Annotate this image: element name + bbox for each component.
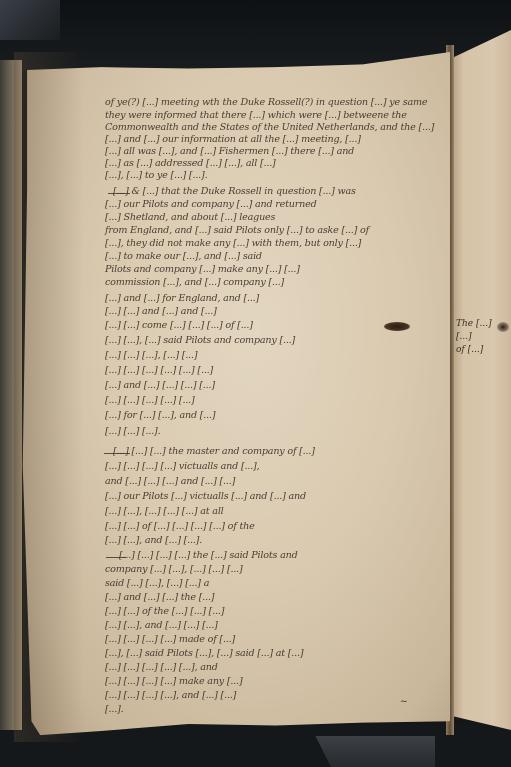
text-line: [...] [...], [...] said Pilots and compa… bbox=[105, 335, 295, 346]
text-line: from England, and [...] said Pilots only… bbox=[105, 225, 369, 236]
ink-blot bbox=[384, 322, 410, 331]
text-line: of ye(?) [...] meeting wth the Duke Ross… bbox=[105, 97, 427, 108]
text-line: [...] [...] [...]. bbox=[105, 426, 160, 437]
margin-note-line: [...] bbox=[456, 331, 492, 344]
text-line: [...], they did not make any [...] with … bbox=[105, 238, 361, 249]
text-line: commission [...], and [...] company [...… bbox=[105, 277, 284, 288]
text-line: [...], [...] to ye [...] [...]. bbox=[105, 170, 207, 181]
text-line: [...] [...] [...] [...] the [...] said P… bbox=[119, 550, 298, 561]
text-line: [...] [...] [...] the master and company… bbox=[113, 446, 315, 457]
margin-note-line: The [...] bbox=[456, 318, 492, 331]
page-mark: ~ bbox=[400, 697, 408, 707]
text-line: [...], [...] said Pilots [...], [...] sa… bbox=[105, 648, 303, 659]
text-line: [...] [...] and [...] and [...] bbox=[105, 306, 217, 317]
margin-note-line: of [...] bbox=[456, 344, 492, 357]
paragraph-flourish bbox=[104, 453, 130, 454]
text-line: Pilots and company [...] make any [...] … bbox=[105, 264, 300, 275]
text-line: Commonwealth and the States of the Unite… bbox=[105, 122, 434, 133]
text-line: [...] [...] [...] [...] made of [...] bbox=[105, 634, 235, 645]
text-line: said [...] [...], [...] [...] a bbox=[105, 578, 209, 589]
text-line: [...] [...], [...] [...] [...] at all bbox=[105, 506, 224, 517]
text-line: [...] our Pilots [...] victualls [...] a… bbox=[105, 491, 306, 502]
page-shadow bbox=[14, 52, 84, 742]
text-line: [...] [...] [...] [...] [...] [...] bbox=[105, 365, 213, 376]
text-line: [...] as [...] addressed [...] [...], al… bbox=[105, 158, 276, 169]
text-line: [...] Shetland, and about [...] leagues bbox=[105, 212, 275, 223]
text-line: [...] and [...] [...] [...] [...] bbox=[105, 380, 215, 391]
text-line: [...] and [...] our information at all t… bbox=[105, 134, 361, 145]
margin-note: The [...] [...] of [...] bbox=[456, 318, 492, 357]
text-line: [...] [...] [...] [...] victualls and [.… bbox=[105, 461, 259, 472]
paragraph-flourish bbox=[108, 193, 130, 194]
text-line: [...] [...] [...] [...] [...] bbox=[105, 395, 195, 406]
manuscript-text: of ye(?) [...] meeting wth the Duke Ross… bbox=[105, 0, 445, 767]
text-line: [...] [...], and [...] [...] [...] bbox=[105, 620, 218, 631]
text-line: [...] [...] [...], [...] [...] bbox=[105, 350, 197, 361]
text-line: [...] and [...] [...] the [...] bbox=[105, 592, 214, 603]
text-line: [...] all was [...], and [...] Fishermen… bbox=[105, 146, 354, 157]
text-line: and [...] [...] [...] and [...] [...] bbox=[105, 476, 235, 487]
text-line: [...] [...], and [...] [...]. bbox=[105, 535, 202, 546]
ink-blot bbox=[497, 322, 509, 332]
text-line: [...] our Pilots and company [...] and r… bbox=[105, 199, 317, 210]
text-line: they were informed that there [...] whic… bbox=[105, 110, 407, 121]
text-line: company [...] [...], [...] [...] [...] bbox=[105, 564, 243, 575]
text-line: [...] [...] [...] [...] make any [...] bbox=[105, 676, 243, 687]
text-line: [...] for [...] [...], and [...] bbox=[105, 410, 215, 421]
text-line: [...] [...] come [...] [...] [...] of [.… bbox=[105, 320, 253, 331]
text-line: [...] [...] of [...] [...] [...] [...] o… bbox=[105, 521, 255, 532]
text-line: [...] [...] [...] [...], and [...] [...] bbox=[105, 690, 236, 701]
background-corner bbox=[0, 0, 60, 40]
text-line: [...] to make our [...], and [...] said bbox=[105, 251, 262, 262]
text-line: [...] [...] of the [...] [...] [...] bbox=[105, 606, 224, 617]
text-line: [...]. bbox=[105, 704, 123, 715]
text-line: [...] and [...] for England, and [...] bbox=[105, 293, 259, 304]
text-line: [...] & [...] that the Duke Rossell in q… bbox=[113, 186, 356, 197]
paragraph-flourish bbox=[106, 557, 126, 558]
text-line: [...] [...] [...] [...] [...], and bbox=[105, 662, 218, 673]
facing-page bbox=[452, 30, 511, 730]
